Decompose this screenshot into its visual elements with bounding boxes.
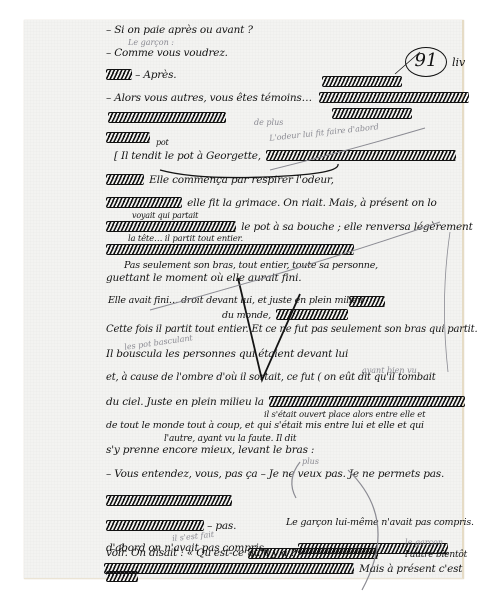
- manuscript-line: – ?: [110, 543, 124, 555]
- manuscript-lower-region: voir. On disait : « Qu'est-ce qu'il y a …: [24, 20, 462, 578]
- insertion: l'autre bientôt: [405, 550, 467, 560]
- line-text: Mais à présent c'est: [359, 563, 462, 575]
- pencil-note: le garçon: [405, 538, 443, 547]
- strikethrough: [104, 563, 354, 574]
- line-text: – ?: [110, 543, 124, 555]
- strikethrough: [248, 548, 378, 559]
- manuscript-line: Mais à présent c'est: [104, 563, 462, 575]
